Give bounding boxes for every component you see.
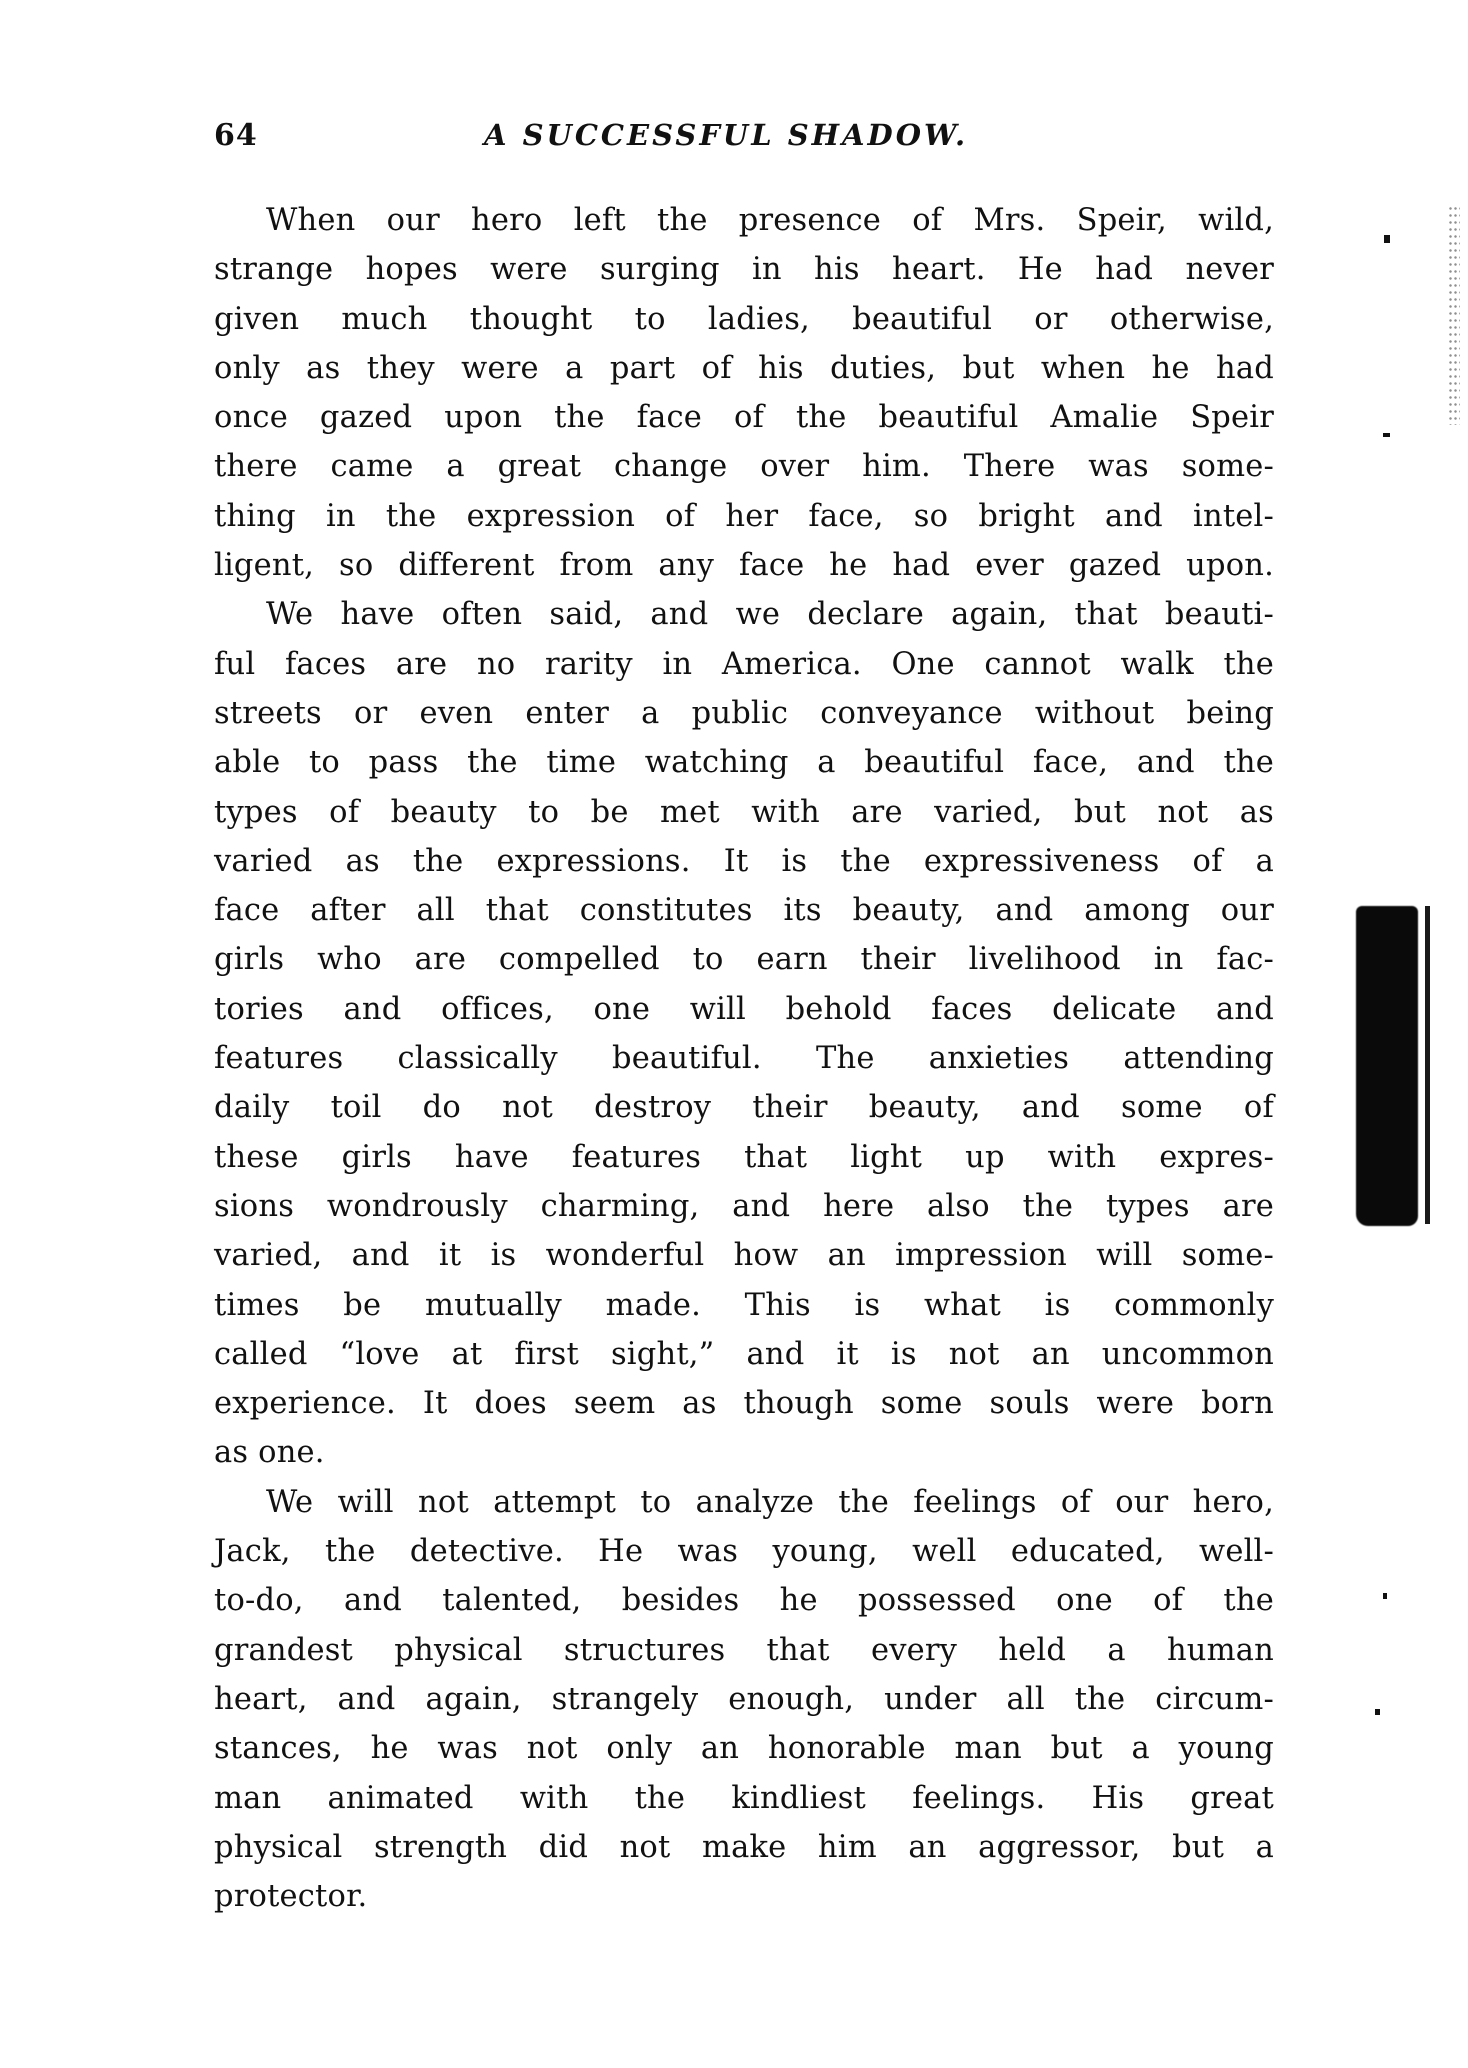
text-line: We will not attempt to analyze the feeli… <box>214 1478 1274 1527</box>
text-line: given much thought to ladies, beautiful … <box>214 295 1274 344</box>
text-line: When our hero left the presence of Mrs. … <box>214 196 1274 245</box>
text-line: there came a great change over him. Ther… <box>214 442 1274 491</box>
margin-speck <box>1383 1593 1387 1599</box>
scan-speckle-artifact <box>1448 205 1460 425</box>
text-line: protector. <box>214 1872 1274 1921</box>
text-line: heart, and again, strangely enough, unde… <box>214 1675 1274 1724</box>
page-header: 64 A SUCCESSFUL SHADOW. <box>214 118 1274 158</box>
text-line: features classically beautiful. The anxi… <box>214 1034 1274 1083</box>
margin-speck <box>1384 235 1390 243</box>
text-line: able to pass the time watching a beautif… <box>214 738 1274 787</box>
text-line: ligent, so different from any face he ha… <box>214 541 1274 590</box>
text-line: man animated with the kindliest feelings… <box>214 1774 1274 1823</box>
margin-speck <box>1383 433 1390 437</box>
text-line: sions wondrously charming, and here also… <box>214 1182 1274 1231</box>
text-line: to-do, and talented, besides he possesse… <box>214 1576 1274 1625</box>
text-line: strange hopes were surging in his heart.… <box>214 245 1274 294</box>
text-line: face after all that constitutes its beau… <box>214 886 1274 935</box>
page-number: 64 <box>214 118 258 153</box>
text-line: experience. It does seem as though some … <box>214 1379 1274 1428</box>
margin-speck <box>1375 1709 1380 1715</box>
text-line: Jack, the detective. He was young, well … <box>214 1527 1274 1576</box>
text-line: as one. <box>214 1428 1274 1477</box>
running-title: A SUCCESSFUL SHADOW. <box>484 118 968 152</box>
body-text: When our hero left the presence of Mrs. … <box>214 196 1274 1921</box>
text-line: We have often said, and we declare again… <box>214 590 1274 639</box>
text-line: girls who are compelled to earn their li… <box>214 935 1274 984</box>
text-line: times be mutually made. This is what is … <box>214 1281 1274 1330</box>
text-line: these girls have features that light up … <box>214 1133 1274 1182</box>
binding-shadow-artifact <box>1356 906 1418 1226</box>
text-line: ful faces are no rarity in America. One … <box>214 640 1274 689</box>
text-line: only as they were a part of his duties, … <box>214 344 1274 393</box>
text-line: stances, he was not only an honorable ma… <box>214 1724 1274 1773</box>
text-line: called “love at first sight,” and it is … <box>214 1330 1274 1379</box>
text-line: daily toil do not destroy their beauty, … <box>214 1083 1274 1132</box>
text-line: thing in the expression of her face, so … <box>214 492 1274 541</box>
text-line: types of beauty to be met with are varie… <box>214 788 1274 837</box>
text-line: grandest physical structures that every … <box>214 1626 1274 1675</box>
text-line: streets or even enter a public conveyanc… <box>214 689 1274 738</box>
binding-edge-artifact <box>1425 906 1430 1224</box>
text-line: physical strength did not make him an ag… <box>214 1823 1274 1872</box>
text-line: varied as the expressions. It is the exp… <box>214 837 1274 886</box>
text-line: varied, and it is wonderful how an impre… <box>214 1231 1274 1280</box>
text-line: once gazed upon the face of the beautifu… <box>214 393 1274 442</box>
text-line: tories and offices, one will behold face… <box>214 985 1274 1034</box>
